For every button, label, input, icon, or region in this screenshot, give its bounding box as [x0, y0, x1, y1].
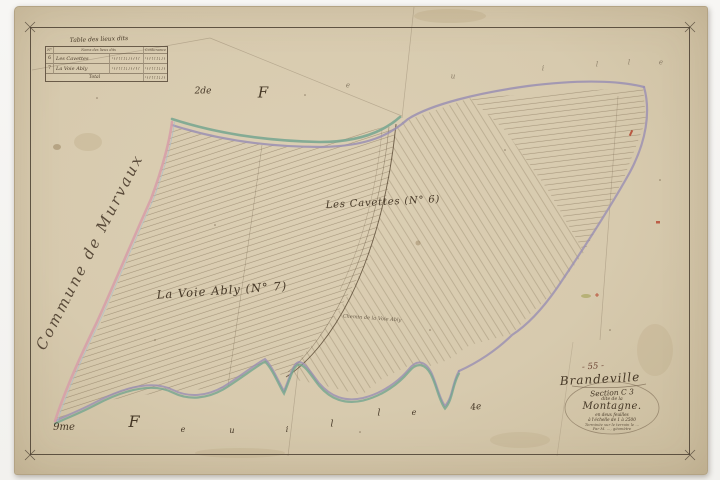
table-col-num: N°	[46, 47, 54, 54]
sheet-ref-bottom-letter: l	[378, 410, 381, 419]
cartouche-sub4: Par M. …, géomètre	[593, 427, 632, 431]
sheet-ref-bottom-letter: e	[412, 409, 417, 417]
sheet-ref-bottom-letter: u	[229, 427, 234, 435]
illegible-handwriting	[144, 54, 167, 64]
sheet-ref-bottom-letter: e	[181, 426, 186, 434]
table-row1-num: 6	[46, 54, 54, 64]
sheet-ref-bottom-letter: i	[286, 426, 289, 434]
table-row2-name: La Voie Ably	[54, 64, 110, 74]
table-col-contenance: Contenance	[144, 47, 167, 54]
sheet-ref-top-letter: l	[596, 62, 598, 69]
table-total-label: Total	[46, 74, 144, 81]
illegible-handwriting	[144, 64, 167, 74]
sheet-ref-top-letter: e	[659, 60, 663, 67]
sheet-ref-top-letter: l	[628, 60, 630, 67]
sheet-ref-top-letter: e	[346, 83, 350, 90]
table-row2-num: 7	[46, 64, 54, 74]
sheet-ref-top-letter: F	[258, 86, 268, 101]
sheet-ref-top-letter: i	[542, 66, 544, 73]
sheet-ref-bottom-number: 9me	[53, 423, 75, 433]
sheet-number-label: - 55 -	[582, 362, 605, 372]
scanned-cadastral-map: Table des lieux dits N° Noms des lieux d…	[0, 0, 720, 480]
sheet-ref-bottom-letter: l	[331, 421, 334, 430]
lieu-dits-table: N° Noms des lieux dits Contenance 6 Les …	[45, 46, 168, 82]
sheet-ref-bottom-letter: F	[128, 414, 139, 430]
illegible-handwriting	[110, 64, 144, 74]
sheet-ref-top-number: 2de	[195, 88, 212, 97]
illegible-handwriting	[110, 54, 144, 64]
table-col-names: Noms des lieux dits	[54, 47, 144, 54]
table-row1-name: Les Cavettes	[54, 54, 110, 64]
illegible-handwriting	[144, 74, 167, 81]
sheet-ref-bottom-number: 4e	[470, 403, 482, 413]
sheet-ref-top-letter: u	[451, 74, 456, 81]
